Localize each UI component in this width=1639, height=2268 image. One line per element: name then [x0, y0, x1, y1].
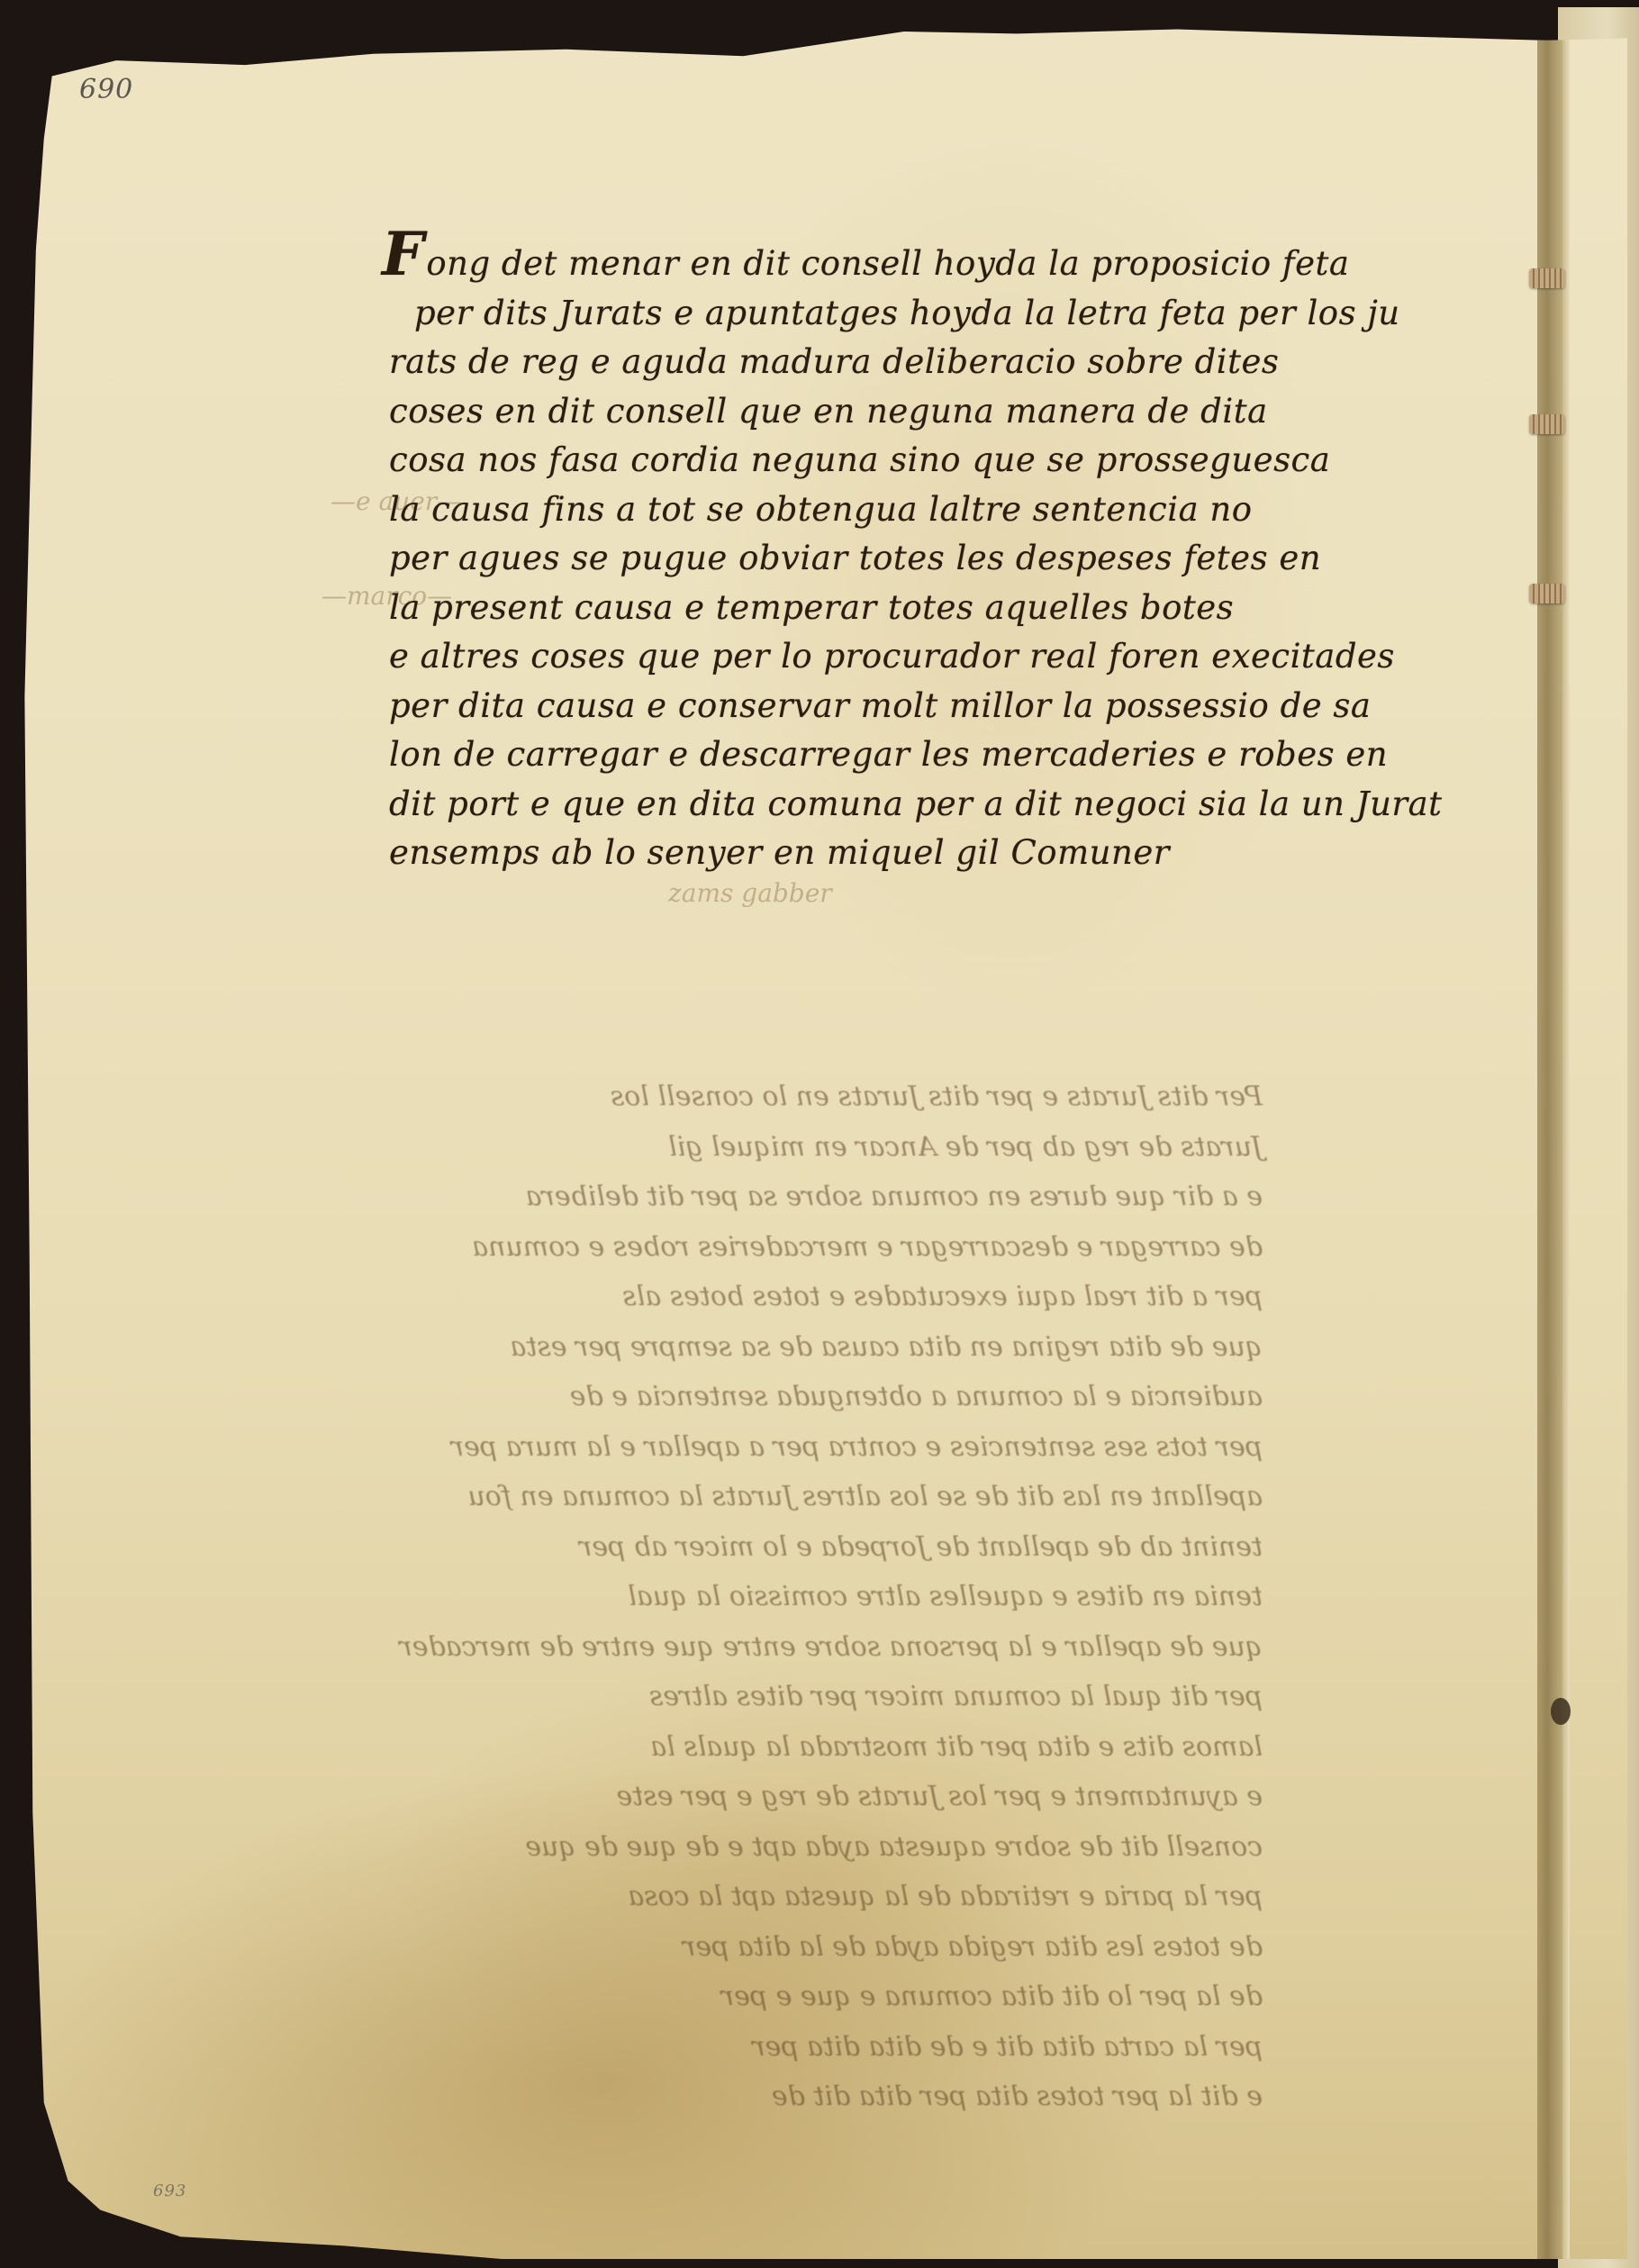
- text-line: cosa nos fasa cordia neguna sino que se …: [389, 436, 1479, 485]
- bleed-line: per a dit real aqui executades e totes b…: [218, 1272, 1263, 1322]
- text-line: rats de reg e aguda madura deliberacio s…: [389, 338, 1479, 387]
- bleed-line: de la per lo dit dita comuna e que e per: [218, 1972, 1263, 2022]
- main-text-block: Fong det menar en dit consell hoyda la p…: [389, 236, 1479, 878]
- bleed-line: per la carta dita dit e de dita dita per: [218, 2022, 1263, 2073]
- text-line: la present causa e temperar totes aquell…: [389, 584, 1479, 633]
- text-line: ensemps ab lo senyer en miquel gil Comun…: [389, 829, 1479, 878]
- bleed-line: Per dits Jurats e per dits Jurats en lo …: [218, 1072, 1263, 1122]
- text-line: Fong det menar en dit consell hoyda la p…: [389, 236, 1479, 289]
- bleed-line: que de dita regina en dita causa de sa s…: [218, 1322, 1263, 1373]
- binding-stitch-icon: [1529, 414, 1565, 434]
- bleed-line: Jurats de reg ab per de Ancar en miquel …: [218, 1122, 1263, 1173]
- binding-stitch-icon: [1529, 584, 1565, 603]
- ink-spot-icon: [1551, 1698, 1571, 1725]
- text-line: e altres coses que per lo procurador rea…: [389, 632, 1479, 682]
- bleed-line: lamos dits e dita per dit mostrada la qu…: [218, 1722, 1263, 1773]
- text-line: la causa fins a tot se obtengua laltre s…: [389, 485, 1479, 535]
- bleed-line: tenia en dites e aquelles altre comissio…: [218, 1572, 1263, 1622]
- text-line: per agues se pugue obviar totes les desp…: [389, 534, 1479, 584]
- text-line-content: ong det menar en dit consell hoyda la pr…: [426, 244, 1349, 283]
- bleed-line: e dit la per totes dita per dita dit de: [218, 2072, 1263, 2122]
- manuscript-viewer: 690 693 —e auer— —marco— zams gabber Fon…: [0, 0, 1639, 2268]
- bleed-line: tenint ab de apellant de Jorpeda e lo mi…: [218, 1522, 1263, 1573]
- binding-stitch-icon: [1529, 268, 1565, 288]
- bleed-line: de totes les dita regida ayda de la dita…: [218, 1922, 1263, 1973]
- manuscript-page: 690 693 —e auer— —marco— zams gabber Fon…: [20, 27, 1627, 2259]
- text-line: coses en dit consell que en neguna maner…: [389, 387, 1479, 437]
- text-line: per dita causa e conservar molt millor l…: [389, 682, 1479, 731]
- binding-gutter: [1537, 27, 1562, 2259]
- bleed-line: apellant en las dit de se los altres Jur…: [218, 1472, 1263, 1522]
- bleed-line: per dit qual la comuna micer per dites a…: [218, 1672, 1263, 1722]
- bleed-line: audiencia e la comuna a obtenguda senten…: [218, 1372, 1263, 1422]
- bleed-line: per tots ses sentencies e contra per a a…: [218, 1422, 1263, 1473]
- bleed-line: e a dir que dures en comuna sobre sa per…: [218, 1172, 1263, 1222]
- folio-number-secondary: 693: [153, 2182, 186, 2200]
- text-line: per dits Jurats e apuntatges hoyda la le…: [389, 289, 1479, 339]
- bleed-line: per la paria e retirada de la questa apt…: [218, 1872, 1263, 1922]
- text-line: dit port e que en dita comuna per a dit …: [389, 780, 1479, 830]
- text-line: lon de carregar e descarregar les mercad…: [389, 730, 1479, 780]
- decorated-initial: F: [382, 219, 424, 289]
- folio-number: 690: [79, 74, 133, 105]
- bleed-line: que de apellar e la persona sobre entre …: [218, 1622, 1263, 1673]
- margin-offset-mark: zams gabber: [668, 878, 832, 908]
- bleed-through-text: Per dits Jurats e per dits Jurats en lo …: [218, 1072, 1263, 2122]
- bleed-line: de carregar e descarregar e mercaderies …: [218, 1222, 1263, 1273]
- bleed-line: consell dit de sobre aquesta ayda apt e …: [218, 1822, 1263, 1873]
- bleed-line: e ayuntament e per los Jurats de reg e p…: [218, 1772, 1263, 1822]
- gutter-edge: [1562, 27, 1570, 2259]
